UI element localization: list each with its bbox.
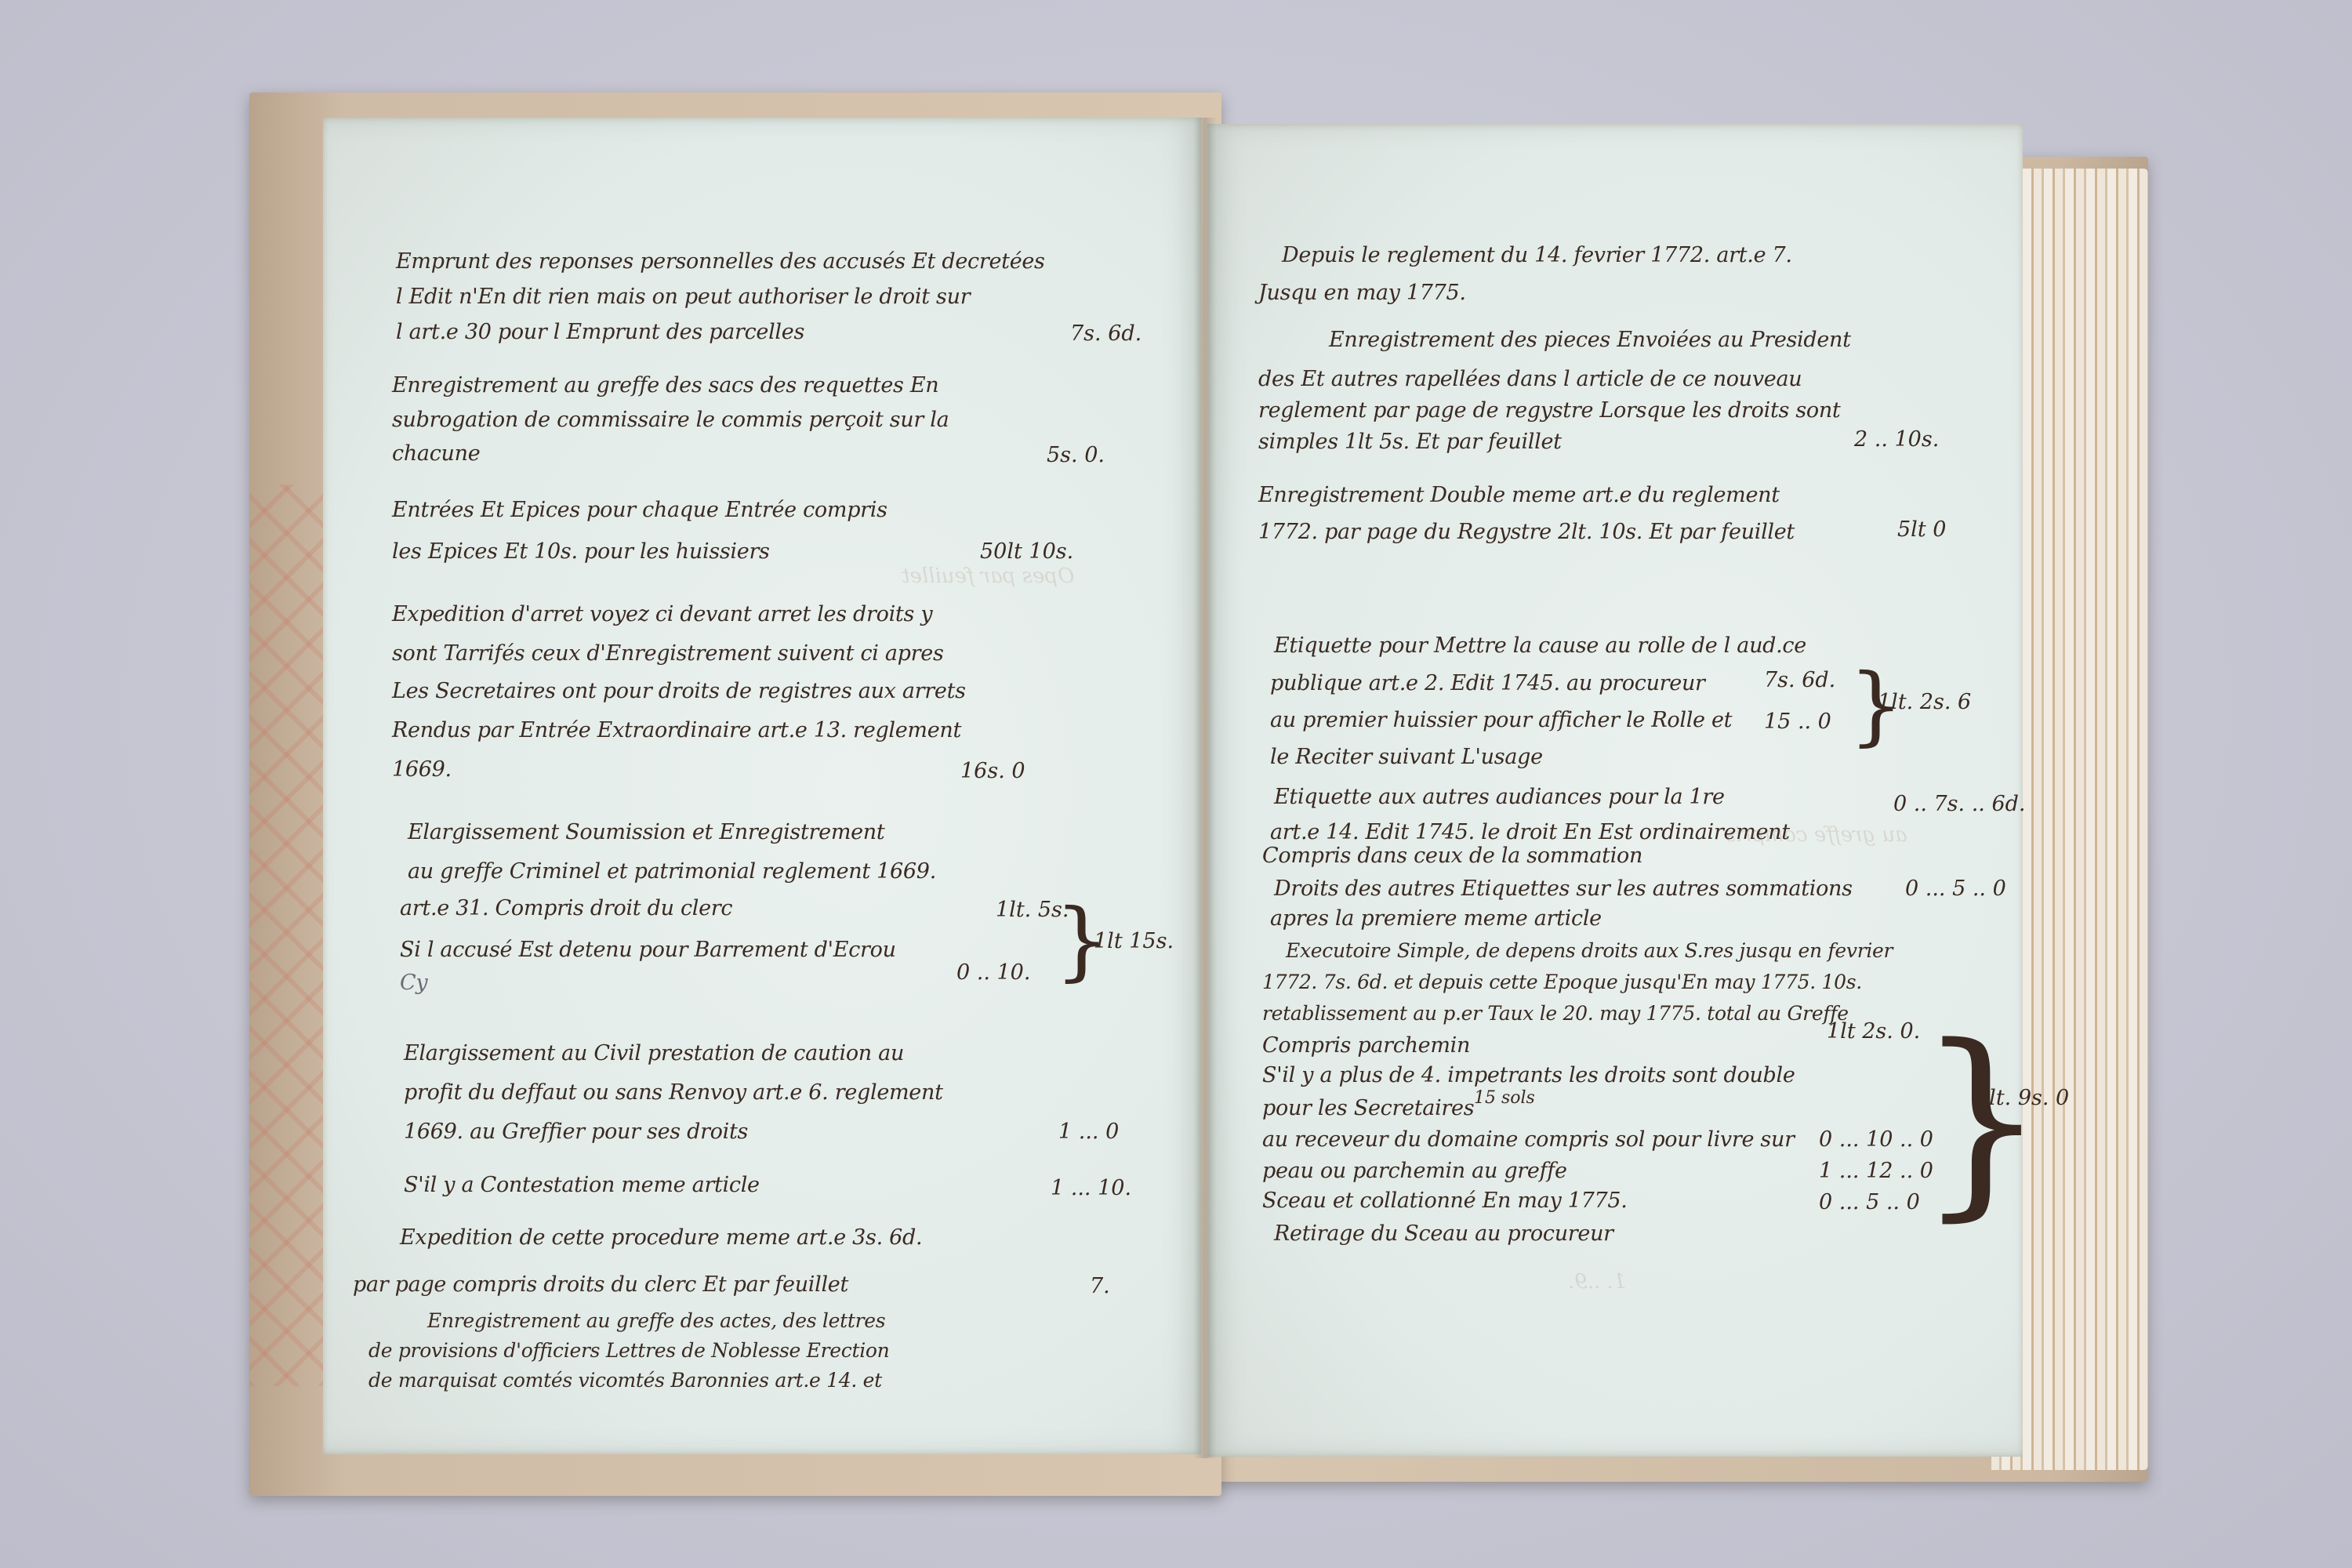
entry-line: chacune [392, 443, 480, 464]
bleed-through-text: 1. ..9. [1568, 1270, 1626, 1294]
entry-line: Jusqu en may 1775. [1258, 282, 1466, 303]
entry-amount: 7. [1090, 1274, 1110, 1298]
entry-line: Retirage du Sceau au procureur [1274, 1223, 1613, 1244]
entry-line: au premier huissier pour afficher le Rol… [1270, 710, 1732, 731]
entry-line: Droits des autres Etiquettes sur les aut… [1274, 878, 1853, 899]
entry-line: Les Secretaires ont pour droits de regis… [392, 681, 966, 702]
entry-amount: 50lt 10s. [980, 539, 1073, 564]
entry-line: S'il y a plus de 4. impetrants les droit… [1262, 1065, 1795, 1086]
entry-amount: 0 ... 5 .. 0 [1905, 877, 2006, 901]
entry-line: Enregistrement des pieces Envoiées au Pr… [1329, 329, 1851, 350]
entry-amount: 0 ... 5 .. 0 [1819, 1190, 1920, 1214]
entry-line: Etiquette aux autres audiances pour la 1… [1274, 786, 1725, 808]
book-gutter [1193, 118, 1217, 1458]
entry-amount: 2 .. 10s. [1854, 427, 1939, 452]
entry-line: Emprunt des reponses personnelles des ac… [396, 251, 1045, 272]
entry-line: retablissement au p.er Taux le 20. may 1… [1262, 1004, 1849, 1023]
entry-line: Depuis le reglement du 14. fevrier 1772.… [1282, 245, 1792, 266]
group-total: 3lt. 9s. 0 [1976, 1086, 2069, 1110]
bleed-through-text: au greffe compris [1725, 823, 1907, 847]
entry-line: Enregistrement au greffe des sacs des re… [392, 375, 938, 396]
entry-line: par page compris droits du clerc Et par … [353, 1274, 848, 1295]
entry-amount: 7s. 6d. [1070, 321, 1142, 346]
entry-line: S'il y a Contestation meme article [404, 1174, 760, 1196]
entry-amount: 15 sols [1474, 1088, 1535, 1108]
entry-line: Cy [400, 972, 427, 993]
entry-line: Entrées Et Epices pour chaque Entrée com… [392, 499, 887, 521]
entry-line: pour les Secretaires [1262, 1098, 1474, 1119]
entry-amount: 1 ... 0 [1058, 1120, 1119, 1144]
entry-amount: 16s. 0 [960, 759, 1025, 783]
entry-amount: 1 ... 10. [1051, 1176, 1131, 1200]
entry-line: subrogation de commissaire le commis per… [392, 409, 949, 430]
entry-line: de provisions d'officiers Lettres de Nob… [368, 1341, 889, 1360]
left-page [323, 118, 1201, 1454]
entry-line: Expedition de cette procedure meme art.e… [400, 1227, 922, 1248]
entry-line: Executoire Simple, de depens droits aux … [1286, 941, 1893, 960]
entry-line: art.e 14. Edit 1745. le droit En Est ord… [1270, 822, 1790, 843]
entry-line: Compris dans ceux de la sommation [1262, 845, 1642, 866]
entry-line: art.e 31. Compris droit du clerc [400, 898, 732, 919]
entry-line: Enregistrement Double meme art.e du regl… [1258, 485, 1780, 506]
entry-line: le Reciter suivant L'usage [1270, 746, 1543, 768]
entry-line: Si l accusé Est detenu pour Barrement d'… [400, 939, 896, 960]
entry-amount: 0 .. 7s. .. 6d. [1893, 792, 2026, 816]
entry-line: Sceau et collationné En may 1775. [1262, 1190, 1628, 1211]
entry-amount: 5lt 0 [1897, 517, 1946, 542]
entry-line: des Et autres rapellées dans l article d… [1258, 368, 1802, 390]
entry-line: 1669. [392, 759, 452, 780]
entry-amount: 1lt 2s. 0. [1827, 1019, 1920, 1044]
entry-line: publique art.e 2. Edit 1745. au procureu… [1270, 673, 1705, 694]
entry-line: au receveur du domaine compris sol pour … [1262, 1129, 1795, 1150]
entry-line: peau ou parchemin au greffe [1262, 1160, 1567, 1181]
entry-line: Etiquette pour Mettre la cause au rolle … [1274, 635, 1806, 656]
entry-line: l art.e 30 pour l Emprunt des parcelles [396, 321, 804, 343]
entry-line: 1772. 7s. 6d. et depuis cette Epoque jus… [1262, 972, 1862, 992]
entry-line: profit du deffaut ou sans Renvoy art.e 6… [404, 1082, 943, 1103]
entry-total: 1lt. 2s. 6 [1878, 690, 1971, 714]
brace-symbol: } [1917, 1019, 2046, 1223]
cover-pattern [249, 485, 324, 1386]
entry-line: Elargissement Soumission et Enregistreme… [408, 822, 884, 843]
entry-total: 1lt 15s. [1094, 929, 1174, 953]
entry-line: Expedition d'arret voyez ci devant arret… [392, 604, 932, 625]
entry-line: Enregistrement au greffe des actes, des … [427, 1311, 885, 1330]
entry-line: de marquisat comtés vicomtés Baronnies a… [368, 1370, 882, 1390]
entry-line: l Edit n'En dit rien mais on peut author… [396, 286, 970, 307]
entry-line: simples 1lt 5s. Et par feuillet [1258, 431, 1562, 452]
entry-line: reglement par page de regystre Lorsque l… [1258, 400, 1840, 421]
entry-amount: 5s. 0. [1047, 443, 1105, 467]
entry-amount: 0 .. 10. [956, 960, 1030, 985]
entry-line: 1772. par page du Regystre 2lt. 10s. Et … [1258, 521, 1795, 543]
entry-line: sont Tarrifés ceux d'Enregistrement suiv… [392, 643, 944, 664]
entry-line: apres la premiere meme article [1270, 908, 1602, 929]
entry-amount: 7s. 6d. [1764, 668, 1835, 692]
entry-line: Compris parchemin [1262, 1035, 1470, 1056]
entry-amount: 15 .. 0 [1764, 710, 1831, 734]
entry-line: Rendus par Entrée Extraordinaire art.e 1… [392, 720, 961, 741]
entry-line: 1669. au Greffier pour ses droits [404, 1121, 748, 1142]
entry-line: les Epices Et 10s. pour les huissiers [392, 541, 770, 562]
entry-line: au greffe Criminel et patrimonial reglem… [408, 861, 936, 882]
bleed-through-text: Opes par feuillet [902, 564, 1074, 588]
entry-line: Elargissement au Civil prestation de cau… [404, 1043, 904, 1064]
